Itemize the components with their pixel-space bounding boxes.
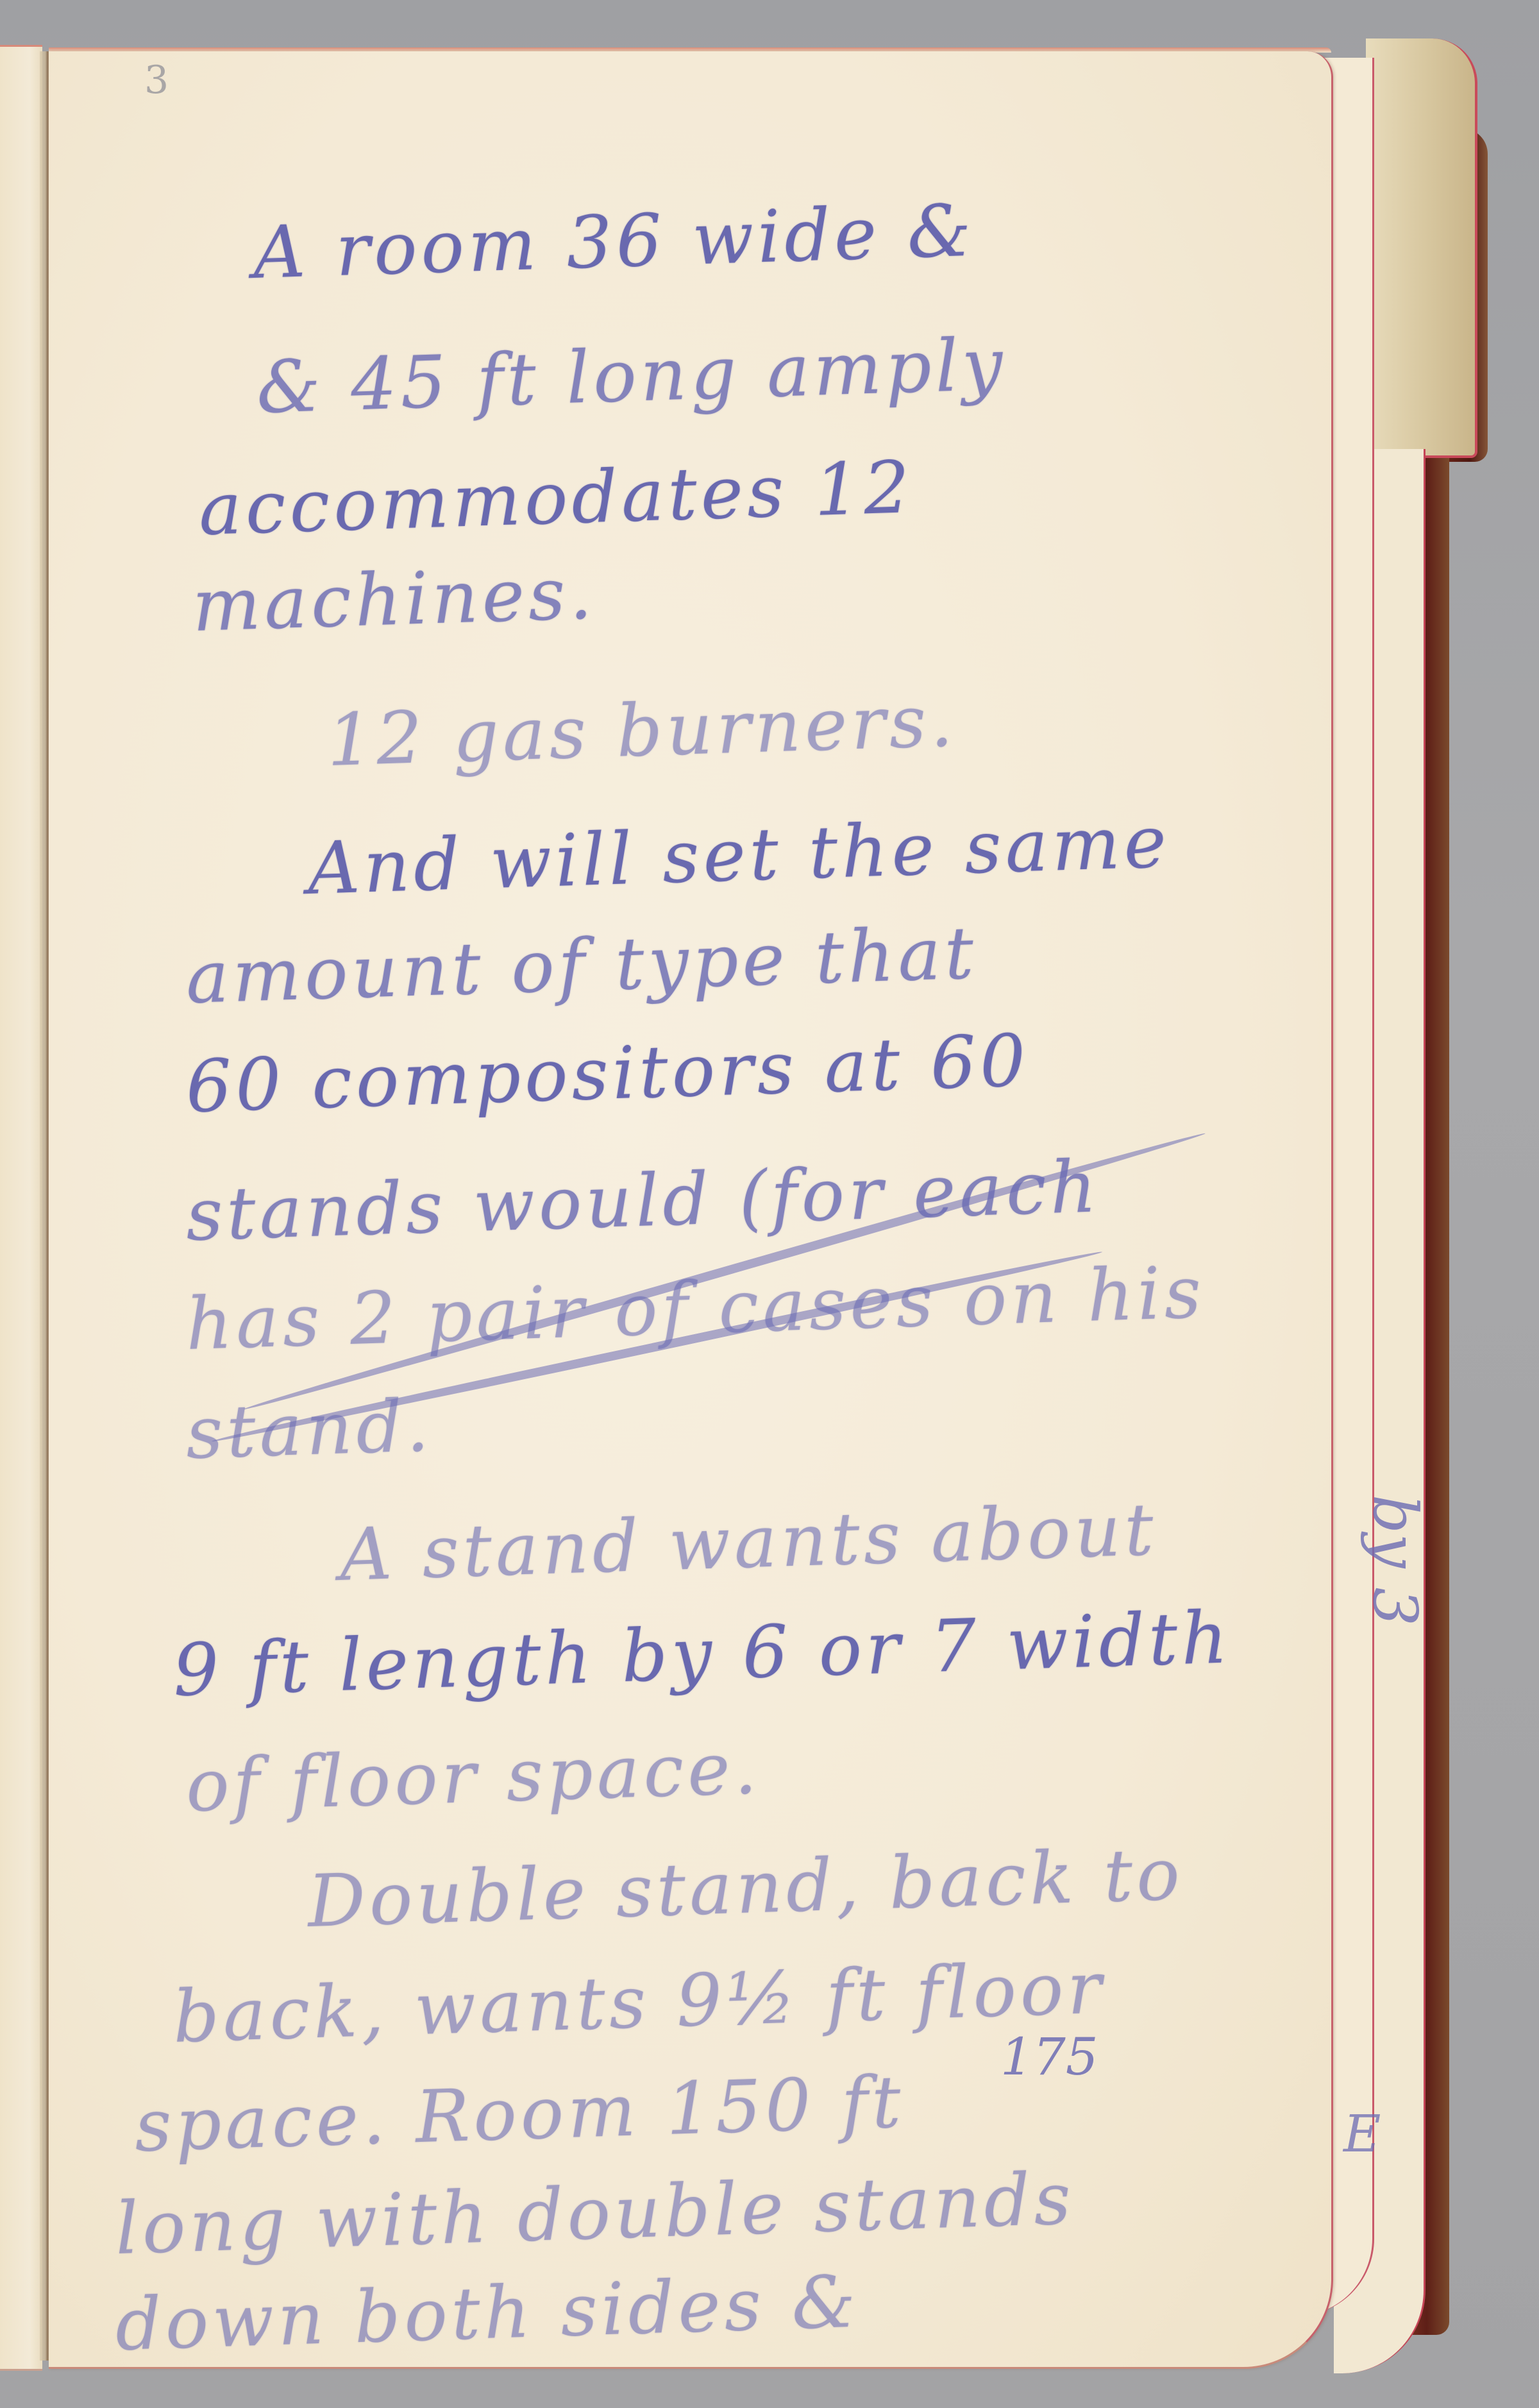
corner-mark: 3 <box>144 58 169 103</box>
text-line-4: machines. <box>191 552 597 648</box>
facing-page-edge <box>0 45 42 2371</box>
correction-175: 175 <box>1000 2027 1098 2087</box>
text-line-11: stand. <box>185 1384 434 1475</box>
edge-fragment: E <box>1343 2104 1381 2164</box>
index-tab-pages <box>1366 38 1477 458</box>
margin-note: by 3 <box>1359 1495 1430 1626</box>
